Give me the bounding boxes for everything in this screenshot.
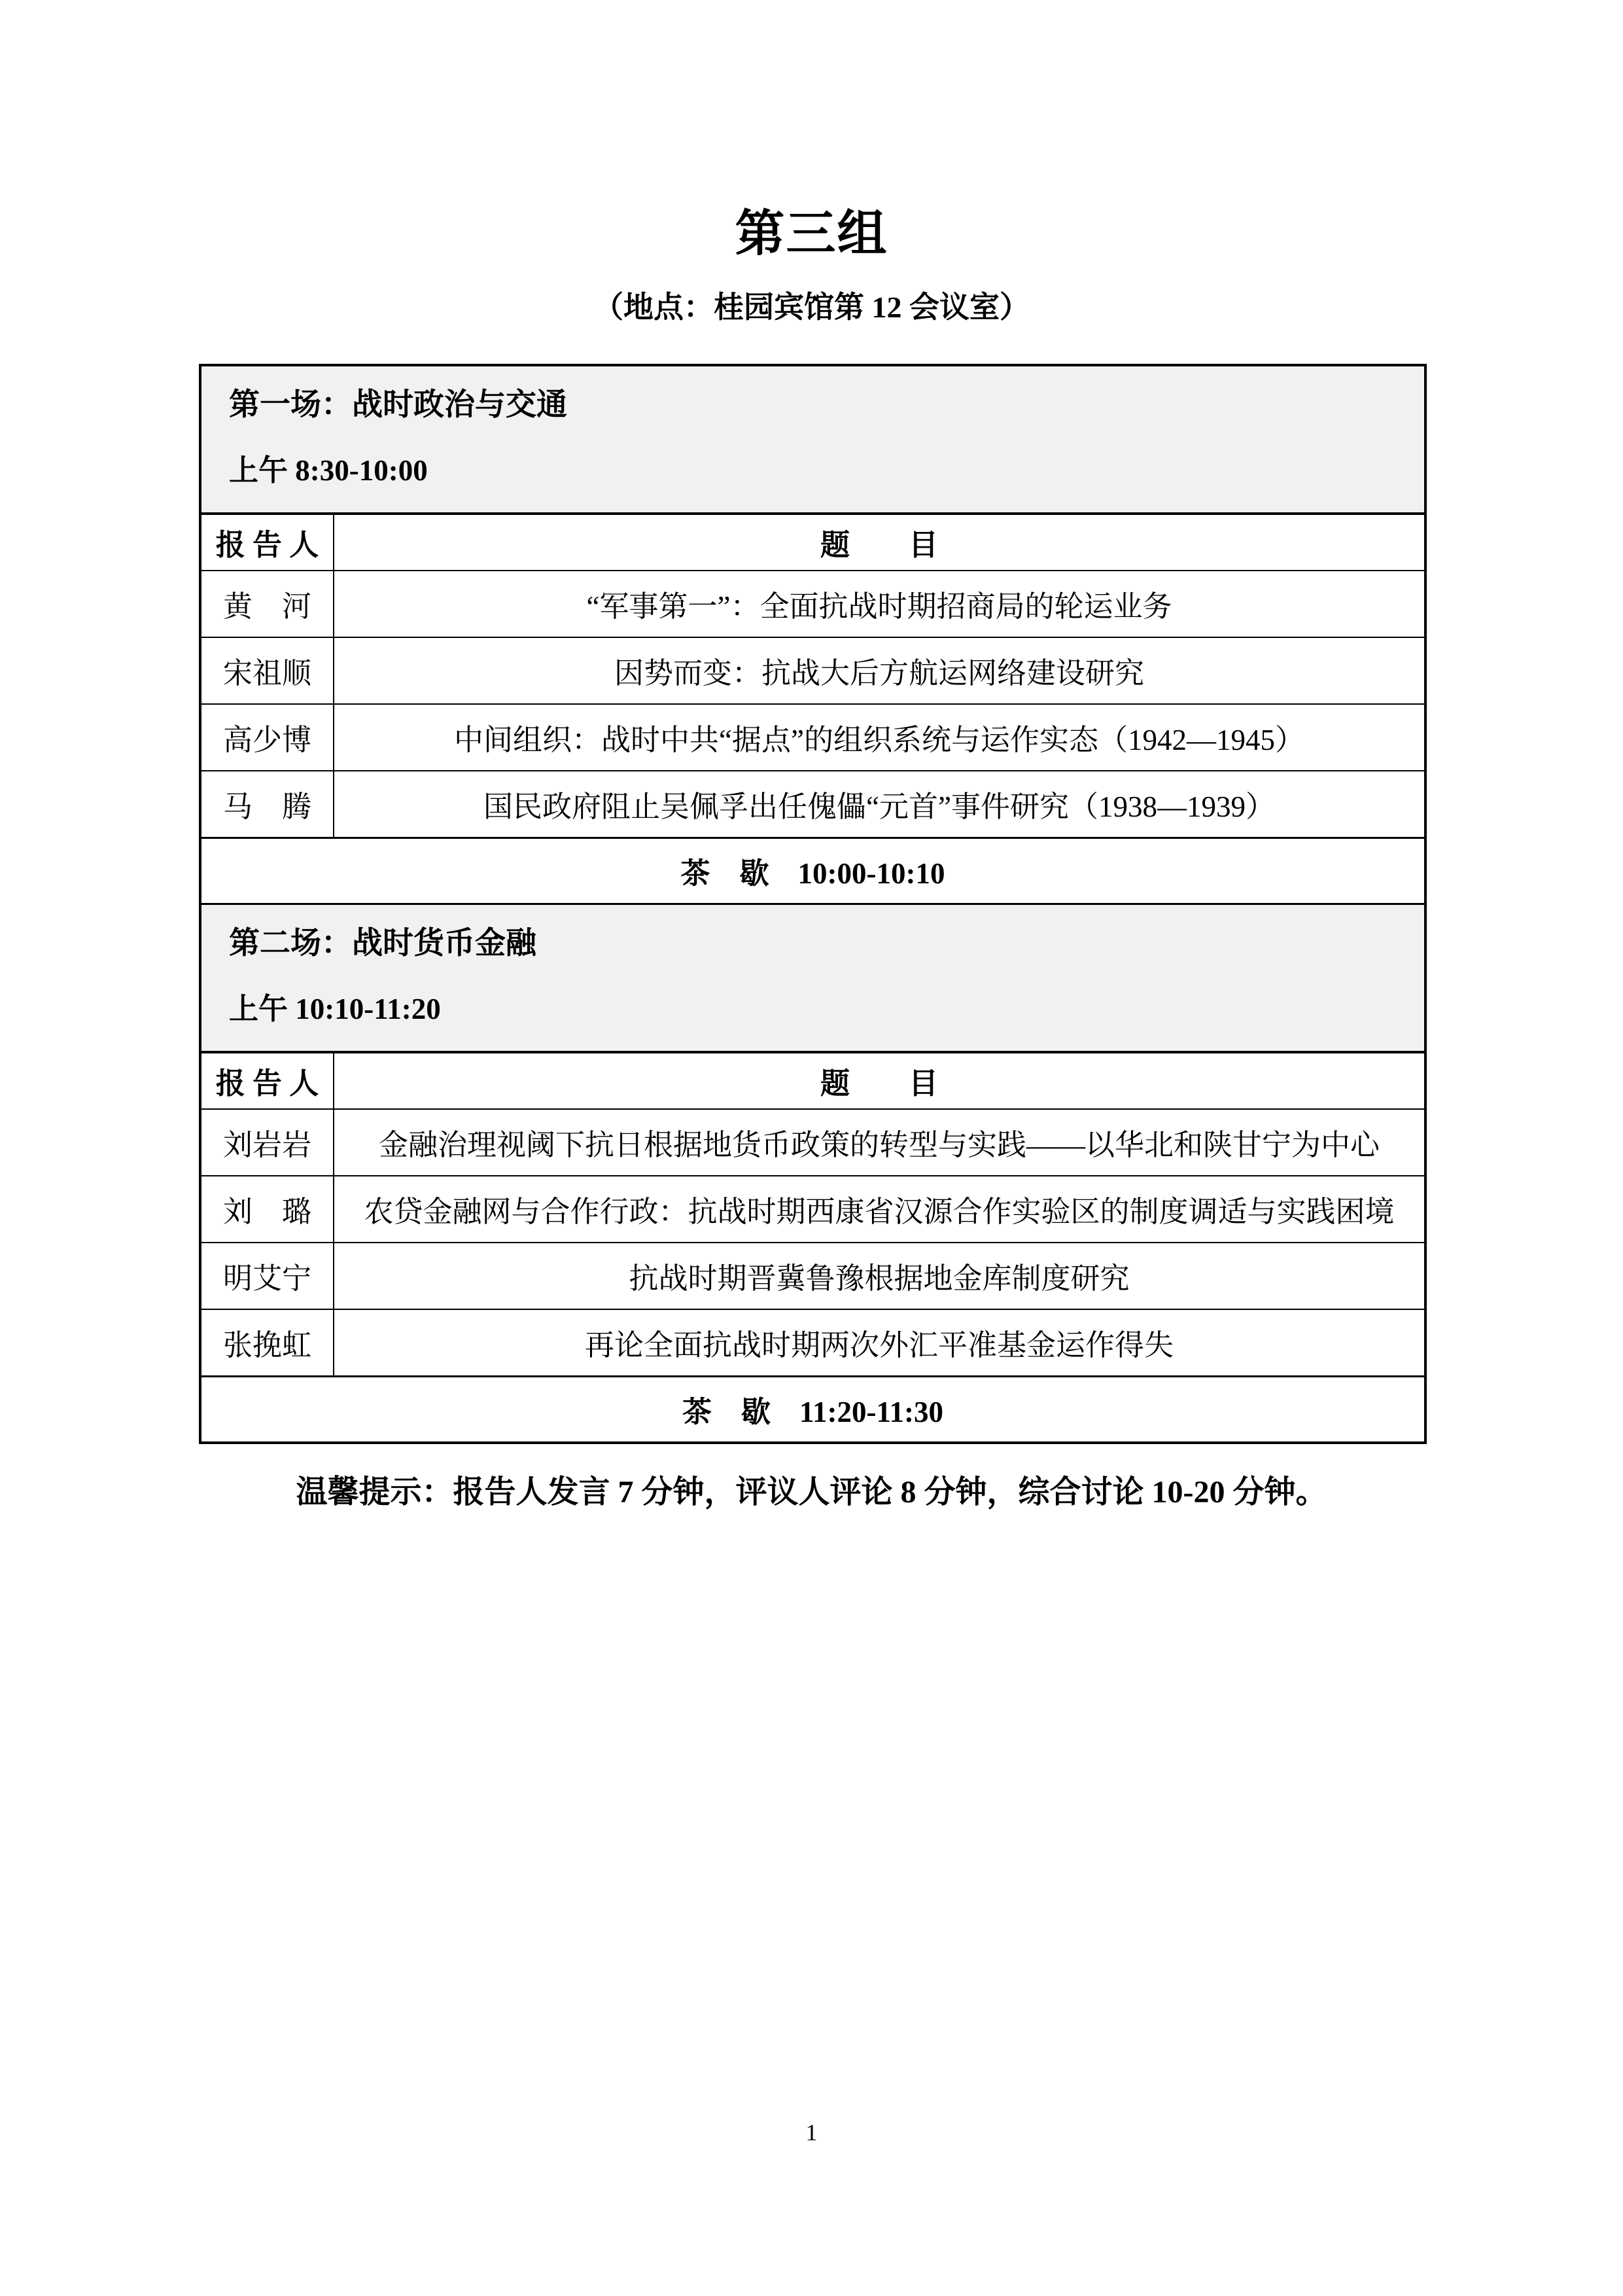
table-row: 马 腾 国民政府阻止吴佩孚出任傀儡“元首”事件研究（1938—1939） [200,771,1425,838]
table-row: 黄 河 “军事第一”：全面抗战时期招商局的轮运业务 [200,571,1425,637]
tea-break-cell: 茶 歇11:20-11:30 [200,1376,1425,1443]
presenter-name: 明艾宁 [200,1243,334,1309]
session-2-name: 第二场：战时货币金融 [229,927,1418,961]
reminder-note: 温馨提示：报告人发言 7 分钟，评议人评论 8 分钟，综合讨论 10-20 分钟… [0,1466,1623,1511]
session-1-name: 第一场：战时政治与交通 [229,389,1418,423]
presenter-name: 高少博 [200,704,334,771]
paper-title: 国民政府阻止吴佩孚出任傀儡“元首”事件研究（1938—1939） [334,771,1425,838]
presenter-name: 刘岩岩 [200,1109,334,1176]
page-title: 第三组 [0,208,1623,260]
table-row: 刘岩岩 金融治理视阈下抗日根据地货币政策的转型与实践——以华北和陕甘宁为中心 [200,1109,1425,1176]
tea-break-time: 10:00-10:10 [798,857,945,890]
paper-title: 再论全面抗战时期两次外汇平准基金运作得失 [334,1309,1425,1377]
paper-title: 金融治理视阈下抗日根据地货币政策的转型与实践——以华北和陕甘宁为中心 [334,1109,1425,1176]
presenter-column-header: 报 告 人 [200,514,334,571]
document-page: 第三组 （地点：桂园宾馆第 12 会议室） 第一场：战时政治与交通 上午 8:3… [0,0,1623,2296]
presenter-column-header: 报 告 人 [200,1052,334,1109]
presenter-name: 张挽虹 [200,1309,334,1377]
session-2-time: 上午 10:10-11:20 [229,993,1418,1026]
title-column-header: 题 目 [334,1052,1425,1109]
schedule-table: 第一场：战时政治与交通 上午 8:30-10:00 报 告 人 题 目 黄 河 … [199,364,1427,1444]
table-row: 张挽虹 再论全面抗战时期两次外汇平准基金运作得失 [200,1309,1425,1377]
session-1-time: 上午 8:30-10:00 [229,455,1418,487]
session-1-header-row: 第一场：战时政治与交通 上午 8:30-10:00 [200,365,1425,514]
page-subtitle: （地点：桂园宾馆第 12 会议室） [0,288,1623,327]
paper-title: “军事第一”：全面抗战时期招商局的轮运业务 [334,571,1425,637]
paper-title: 中间组织：战时中共“据点”的组织系统与运作实态（1942—1945） [334,704,1425,771]
table-row: 宋祖顺 因势而变：抗战大后方航运网络建设研究 [200,637,1425,704]
tea-break-label: 茶 歇 [681,857,769,890]
column-header-row-1: 报 告 人 题 目 [200,514,1425,571]
tea-break-row-2: 茶 歇11:20-11:30 [200,1376,1425,1443]
table-row: 高少博 中间组织：战时中共“据点”的组织系统与运作实态（1942—1945） [200,704,1425,771]
page-number: 1 [0,2119,1623,2146]
session-2-header-cell: 第二场：战时货币金融 上午 10:10-11:20 [200,904,1425,1052]
presenter-name: 宋祖顺 [200,637,334,704]
tea-break-cell: 茶 歇10:00-10:10 [200,838,1425,904]
presenter-name: 刘 璐 [200,1176,334,1243]
session-1-header-cell: 第一场：战时政治与交通 上午 8:30-10:00 [200,365,1425,514]
tea-break-row-1: 茶 歇10:00-10:10 [200,838,1425,904]
column-header-row-2: 报 告 人 题 目 [200,1052,1425,1109]
presenter-name: 黄 河 [200,571,334,637]
tea-break-time: 11:20-11:30 [799,1396,943,1428]
table-row: 明艾宁 抗战时期晋冀鲁豫根据地金库制度研究 [200,1243,1425,1309]
title-column-header: 题 目 [334,514,1425,571]
paper-title: 抗战时期晋冀鲁豫根据地金库制度研究 [334,1243,1425,1309]
table-row: 刘 璐 农贷金融网与合作行政：抗战时期西康省汉源合作实验区的制度调适与实践困境 [200,1176,1425,1243]
paper-title: 因势而变：抗战大后方航运网络建设研究 [334,637,1425,704]
session-2-header-row: 第二场：战时货币金融 上午 10:10-11:20 [200,904,1425,1052]
presenter-name: 马 腾 [200,771,334,838]
tea-break-label: 茶 歇 [682,1396,771,1428]
paper-title: 农贷金融网与合作行政：抗战时期西康省汉源合作实验区的制度调适与实践困境 [334,1176,1425,1243]
